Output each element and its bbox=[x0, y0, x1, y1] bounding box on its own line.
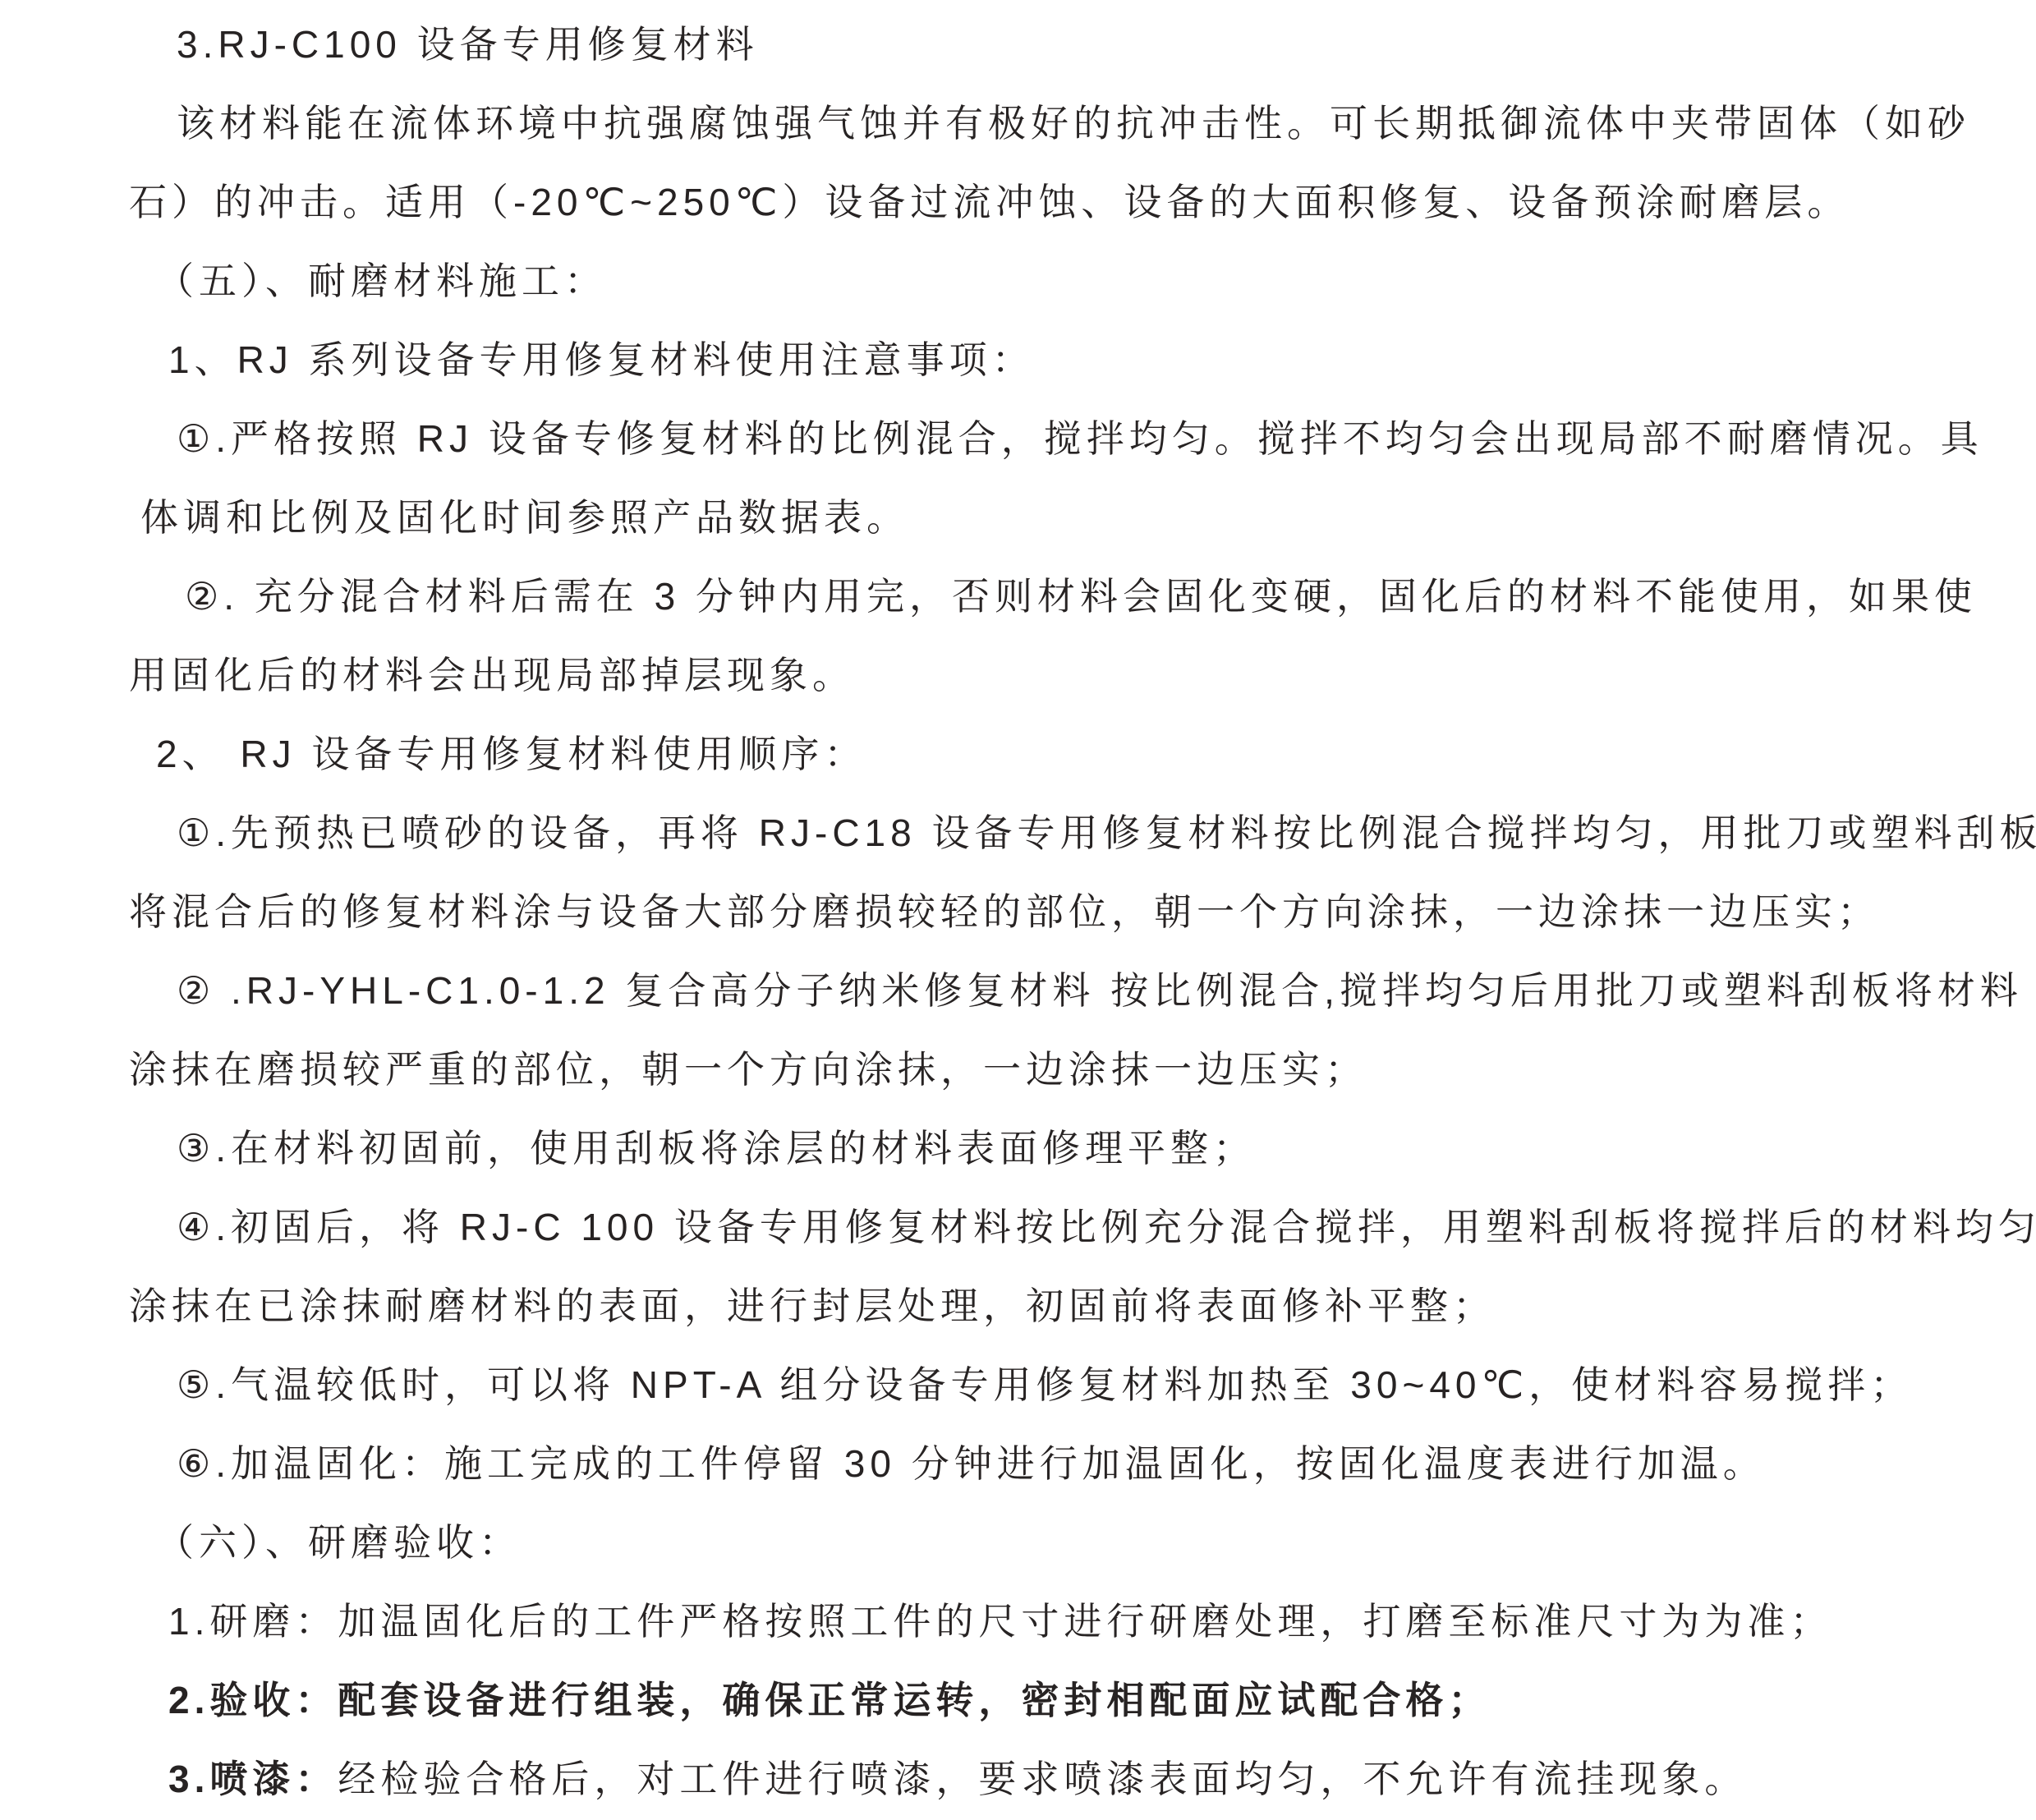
item-painting: 3.喷漆：经检验合格后，对工件进行喷漆，要求喷漆表面均匀，不允许有流挂现象。 bbox=[129, 1740, 2036, 1818]
heading-usage-notes: 1、RJ 系列设备专用修复材料使用注意事项： bbox=[129, 320, 2036, 399]
step-1-line-2: 将混合后的修复材料涂与设备大部分磨损较轻的部位，朝一个方向涂抹，一边涂抹一边压实… bbox=[129, 872, 2036, 951]
step-4-line-2: 涂抹在已涂抹耐磨材料的表面，进行封层处理，初固前将表面修补平整； bbox=[129, 1266, 2036, 1345]
note-1-line-2: 体调和比例及固化时间参照产品数据表。 bbox=[129, 478, 2036, 557]
step-4-line-1: ④.初固后，将 RJ-C 100 设备专用修复材料按比例充分混合搅拌，用塑料刮板… bbox=[129, 1188, 2036, 1266]
step-6: ⑥.加温固化：施工完成的工件停留 30 分钟进行加温固化，按固化温度表进行加温。 bbox=[129, 1424, 2036, 1503]
heading-usage-order: 2、 RJ 设备专用修复材料使用顺序： bbox=[129, 715, 2036, 793]
step-3: ③.在材料初固前，使用刮板将涂层的材料表面修理平整； bbox=[129, 1109, 2036, 1188]
item-painting-text: 经检验合格后，对工件进行喷漆，要求喷漆表面均匀，不允许有流挂现象。 bbox=[338, 1758, 1747, 1800]
heading-section-5-construction: （五）、耐磨材料施工： bbox=[129, 241, 2036, 320]
step-1-line-1: ①.先预热已喷砂的设备，再将 RJ-C18 设备专用修复材料按比例混合搅拌均匀，… bbox=[129, 793, 2036, 872]
step-2-line-2: 涂抹在磨损较严重的部位，朝一个方向涂抹，一边涂抹一边压实； bbox=[129, 1030, 2036, 1109]
note-2-line-1: ②. 充分混合材料后需在 3 分钟内用完，否则材料会固化变硬，固化后的材料不能使… bbox=[129, 557, 2036, 636]
step-2-line-1: ② .RJ-YHL-C1.0-1.2 复合高分子纳米修复材料 按比例混合,搅拌均… bbox=[129, 951, 2036, 1030]
heading-section-6-inspection: （六）、研磨验收： bbox=[129, 1503, 2036, 1582]
note-1-line-1: ①.严格按照 RJ 设备专修复材料的比例混合，搅拌均匀。搅拌不均匀会出现局部不耐… bbox=[129, 399, 2036, 478]
item-acceptance: 2.验收：配套设备进行组装，确保正常运转，密封相配面应试配合格； bbox=[129, 1661, 2036, 1740]
item-painting-label: 3.喷漆： bbox=[168, 1758, 338, 1800]
para-material-description-2: 石）的冲击。适用（-20℃~250℃）设备过流冲蚀、设备的大面积修复、设备预涂耐… bbox=[129, 163, 2036, 241]
document-page: 3.RJ-C100 设备专用修复材料 该材料能在流体环境中抗强腐蚀强气蚀并有极好… bbox=[0, 0, 2036, 1820]
note-2-line-2: 用固化后的材料会出现局部掉层现象。 bbox=[129, 636, 2036, 715]
para-material-description-1: 该材料能在流体环境中抗强腐蚀强气蚀并有极好的抗冲击性。可长期抵御流体中夹带固体（… bbox=[129, 84, 2036, 163]
heading-material-3: 3.RJ-C100 设备专用修复材料 bbox=[129, 5, 2036, 84]
item-grinding: 1.研磨：加温固化后的工件严格按照工件的尺寸进行研磨处理，打磨至标准尺寸为为准； bbox=[129, 1582, 2036, 1661]
step-5: ⑤.气温较低时，可以将 NPT-A 组分设备专用修复材料加热至 30~40℃，使… bbox=[129, 1345, 2036, 1424]
